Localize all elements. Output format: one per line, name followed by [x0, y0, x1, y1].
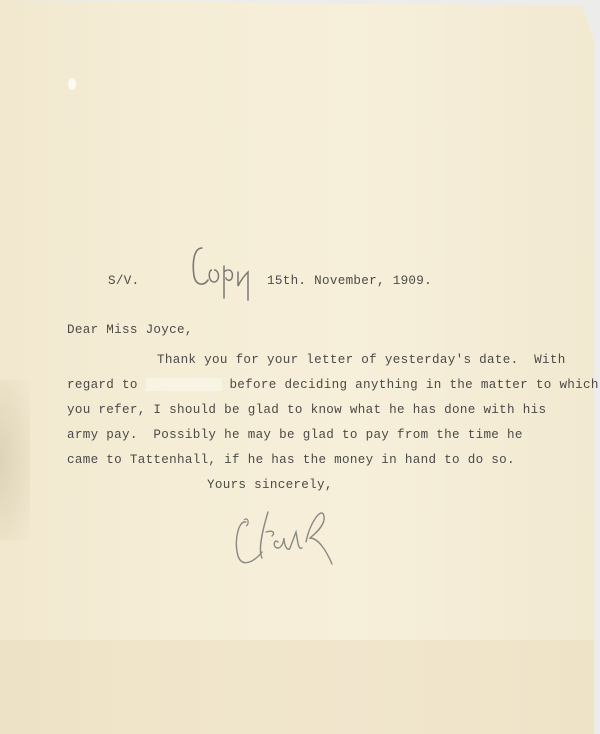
letter-paper: [0, 0, 594, 734]
letter-date: 15th. November, 1909.: [267, 274, 432, 288]
body-line-2a: regard to: [67, 378, 138, 392]
signature-icon: handwritten signature: [232, 502, 342, 572]
body-line-5: came to Tattenhall, if he has the money …: [67, 453, 515, 467]
body-line-2: regard to before deciding anything in th…: [67, 378, 599, 392]
paper-stain: [0, 380, 30, 540]
punch-hole: [68, 78, 76, 90]
body-line-1: Thank you for your letter of yesterday's…: [157, 353, 566, 367]
copy-annotation-icon: Copy: [188, 242, 263, 302]
redacted-name: [146, 378, 222, 391]
body-line-4: army pay. Possibly he may be glad to pay…: [67, 428, 523, 442]
body-line-2b: before deciding anything in the matter t…: [229, 378, 598, 392]
reference-code: S/V.: [108, 274, 139, 288]
body-line-3: you refer, I should be glad to know what…: [67, 403, 546, 417]
salutation: Dear Miss Joyce,: [67, 323, 193, 337]
closing: Yours sincerely,: [207, 478, 333, 492]
